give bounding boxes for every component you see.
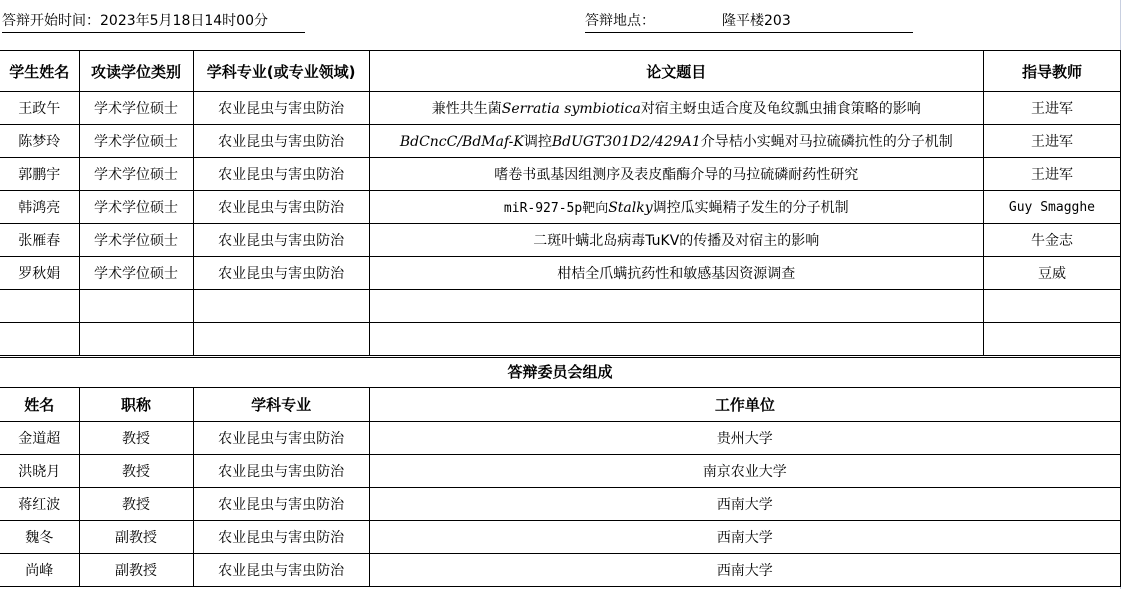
major-cell[interactable]: 农业昆虫与害虫防治 — [193, 191, 369, 224]
committee-member-row: 尚峰副教授农业昆虫与害虫防治西南大学 — [0, 554, 1121, 587]
title-text: 兼性共生菌 — [432, 101, 502, 117]
col-header-member-major[interactable]: 学科专业 — [193, 388, 369, 422]
member-name-cell[interactable]: 尚峰 — [0, 554, 79, 587]
thesis-title-cell[interactable]: 嗜卷书虱基因组测序及表皮酯酶介导的马拉硫磷耐药性研究 — [369, 158, 983, 191]
advisor-cell[interactable]: 王进军 — [983, 92, 1120, 125]
advisor-cell[interactable]: 牛金志 — [983, 224, 1120, 257]
student-row: 陈梦玲学术学位硕士农业昆虫与害虫防治BdCncC/BdMaf-K调控BdUGT3… — [0, 125, 1121, 158]
col-header-student-name[interactable]: 学生姓名 — [0, 51, 79, 92]
member-affiliation-cell[interactable]: 西南大学 — [369, 554, 1120, 587]
member-rank-cell[interactable]: 教授 — [79, 455, 193, 488]
location-label: 答辩地点： — [585, 10, 655, 32]
committee-header-row: 姓名 职称 学科专业 工作单位 — [0, 388, 1121, 422]
empty-row — [0, 323, 1121, 357]
member-affiliation-cell[interactable]: 西南大学 — [369, 488, 1120, 521]
member-name-cell[interactable]: 蒋红波 — [0, 488, 79, 521]
defense-start-time: 答辩开始时间：2023年5月18日14时00分 — [2, 10, 305, 33]
student-name-cell[interactable]: 郭鹏宇 — [0, 158, 79, 191]
committee-member-row: 洪晓月教授农业昆虫与害虫防治南京农业大学 — [0, 455, 1121, 488]
major-cell[interactable]: 农业昆虫与害虫防治 — [193, 257, 369, 290]
empty-row — [0, 290, 1121, 323]
degree-cell[interactable]: 学术学位硕士 — [79, 125, 193, 158]
member-affiliation-cell[interactable]: 贵州大学 — [369, 422, 1120, 455]
student-row: 罗秋娟学术学位硕士农业昆虫与害虫防治柑桔全爪螨抗药性和敏感基因资源调查豆威 — [0, 257, 1121, 290]
committee-member-row: 魏冬副教授农业昆虫与害虫防治西南大学 — [0, 521, 1121, 554]
start-time-text: 答辩开始时间：2023年5月18日14时00分 — [2, 13, 268, 29]
thesis-title-cell[interactable]: BdCncC/BdMaf-K调控BdUGT301D2/429A1介导桔小实蝇对马… — [369, 125, 983, 158]
empty-cell[interactable] — [79, 290, 193, 323]
member-rank-cell[interactable]: 副教授 — [79, 554, 193, 587]
empty-cell[interactable] — [369, 323, 983, 357]
student-row: 张雁春学术学位硕士农业昆虫与害虫防治二斑叶螨北岛病毒TuKV的传播及对宿主的影响… — [0, 224, 1121, 257]
location-value: 隆平楼203 — [722, 10, 791, 32]
member-name-cell[interactable]: 金道超 — [0, 422, 79, 455]
student-row: 郭鹏宇学术学位硕士农业昆虫与害虫防治嗜卷书虱基因组测序及表皮酯酶介导的马拉硫磷耐… — [0, 158, 1121, 191]
degree-cell[interactable]: 学术学位硕士 — [79, 224, 193, 257]
defense-location: 答辩地点： 隆平楼203 — [585, 10, 913, 33]
empty-cell[interactable] — [369, 290, 983, 323]
major-cell[interactable]: 农业昆虫与害虫防治 — [193, 125, 369, 158]
thesis-title-cell[interactable]: 柑桔全爪螨抗药性和敏感基因资源调查 — [369, 257, 983, 290]
member-affiliation-cell[interactable]: 西南大学 — [369, 521, 1120, 554]
col-header-thesis-title[interactable]: 论文题目 — [369, 51, 983, 92]
advisor-cell[interactable]: 王进军 — [983, 125, 1120, 158]
student-name-cell[interactable]: 张雁春 — [0, 224, 79, 257]
thesis-title-cell[interactable]: miR-927-5p靶向Stalky调控瓜实蝇精子发生的分子机制 — [369, 191, 983, 224]
title-text: 柑桔全爪螨抗药性和敏感基因资源调查 — [557, 266, 795, 282]
students-table: 学生姓名 攻读学位类别 学科专业(或专业领域) 论文题目 指导教师 王政午学术学… — [0, 50, 1121, 358]
scientific-name: BdUGT301D2/429A1 — [552, 134, 701, 150]
col-header-major[interactable]: 学科专业(或专业领域) — [193, 51, 369, 92]
col-header-rank[interactable]: 职称 — [79, 388, 193, 422]
col-header-member-name[interactable]: 姓名 — [0, 388, 79, 422]
committee-title-row: 答辩委员会组成 — [0, 356, 1121, 388]
advisor-cell[interactable]: 王进军 — [983, 158, 1120, 191]
student-name-cell[interactable]: 王政午 — [0, 92, 79, 125]
student-name-cell[interactable]: 罗秋娟 — [0, 257, 79, 290]
empty-cell[interactable] — [0, 323, 79, 357]
empty-cell[interactable] — [0, 290, 79, 323]
scientific-name: Stalky — [608, 200, 652, 216]
col-header-affiliation[interactable]: 工作单位 — [369, 388, 1120, 422]
degree-cell[interactable]: 学术学位硕士 — [79, 158, 193, 191]
empty-cell[interactable] — [193, 290, 369, 323]
major-cell[interactable]: 农业昆虫与害虫防治 — [193, 158, 369, 191]
member-major-cell[interactable]: 农业昆虫与害虫防治 — [193, 455, 369, 488]
student-name-cell[interactable]: 韩鸿亮 — [0, 191, 79, 224]
degree-cell[interactable]: 学术学位硕士 — [79, 191, 193, 224]
degree-cell[interactable]: 学术学位硕士 — [79, 257, 193, 290]
member-major-cell[interactable]: 农业昆虫与害虫防治 — [193, 422, 369, 455]
empty-cell[interactable] — [193, 323, 369, 357]
title-text: 调控 — [524, 134, 552, 150]
student-row: 王政午学术学位硕士农业昆虫与害虫防治兼性共生菌Serratia symbioti… — [0, 92, 1121, 125]
advisor-cell[interactable]: Guy Smagghe — [983, 191, 1120, 224]
title-text: 二斑叶螨北岛病毒TuKV的传播及对宿主的影响 — [533, 233, 819, 249]
member-major-cell[interactable]: 农业昆虫与害虫防治 — [193, 521, 369, 554]
major-cell[interactable]: 农业昆虫与害虫防治 — [193, 92, 369, 125]
students-header-row: 学生姓名 攻读学位类别 学科专业(或专业领域) 论文题目 指导教师 — [0, 51, 1121, 92]
committee-member-row: 蒋红波教授农业昆虫与害虫防治西南大学 — [0, 488, 1121, 521]
major-cell[interactable]: 农业昆虫与害虫防治 — [193, 224, 369, 257]
member-affiliation-cell[interactable]: 南京农业大学 — [369, 455, 1120, 488]
committee-title[interactable]: 答辩委员会组成 — [0, 356, 1121, 388]
member-name-cell[interactable]: 魏冬 — [0, 521, 79, 554]
empty-cell[interactable] — [79, 323, 193, 357]
scientific-name: BdCncC/BdMaf-K — [400, 134, 524, 150]
title-text: 嗜卷书虱基因组测序及表皮酯酶介导的马拉硫磷耐药性研究 — [494, 167, 858, 183]
degree-cell[interactable]: 学术学位硕士 — [79, 92, 193, 125]
member-major-cell[interactable]: 农业昆虫与害虫防治 — [193, 488, 369, 521]
member-name-cell[interactable]: 洪晓月 — [0, 455, 79, 488]
student-row: 韩鸿亮学术学位硕士农业昆虫与害虫防治miR-927-5p靶向Stalky调控瓜实… — [0, 191, 1121, 224]
committee-member-row: 金道超教授农业昆虫与害虫防治贵州大学 — [0, 422, 1121, 455]
member-rank-cell[interactable]: 副教授 — [79, 521, 193, 554]
thesis-title-cell[interactable]: 二斑叶螨北岛病毒TuKV的传播及对宿主的影响 — [369, 224, 983, 257]
empty-cell[interactable] — [983, 290, 1120, 323]
col-header-advisor[interactable]: 指导教师 — [983, 51, 1120, 92]
empty-cell[interactable] — [983, 323, 1120, 357]
col-header-degree-type[interactable]: 攻读学位类别 — [79, 51, 193, 92]
title-text: 调控瓜实蝇精子发生的分子机制 — [653, 200, 849, 216]
advisor-cell[interactable]: 豆威 — [983, 257, 1120, 290]
scientific-name: Serratia symbiotica — [502, 101, 641, 117]
title-text: 对宿主蚜虫适合度及龟纹瓢虫捕食策略的影响 — [641, 101, 921, 117]
thesis-title-cell[interactable]: 兼性共生菌Serratia symbiotica对宿主蚜虫适合度及龟纹瓢虫捕食策… — [369, 92, 983, 125]
member-rank-cell[interactable]: 教授 — [79, 488, 193, 521]
student-name-cell[interactable]: 陈梦玲 — [0, 125, 79, 158]
title-text: miR-927-5p靶向 — [504, 201, 608, 216]
member-major-cell[interactable]: 农业昆虫与害虫防治 — [193, 554, 369, 587]
member-rank-cell[interactable]: 教授 — [79, 422, 193, 455]
committee-table: 答辩委员会组成 姓名 职称 学科专业 工作单位 金道超教授农业昆虫与害虫防治贵州… — [0, 356, 1121, 587]
title-text: 介导桔小实蝇对马拉硫磷抗性的分子机制 — [701, 134, 953, 150]
